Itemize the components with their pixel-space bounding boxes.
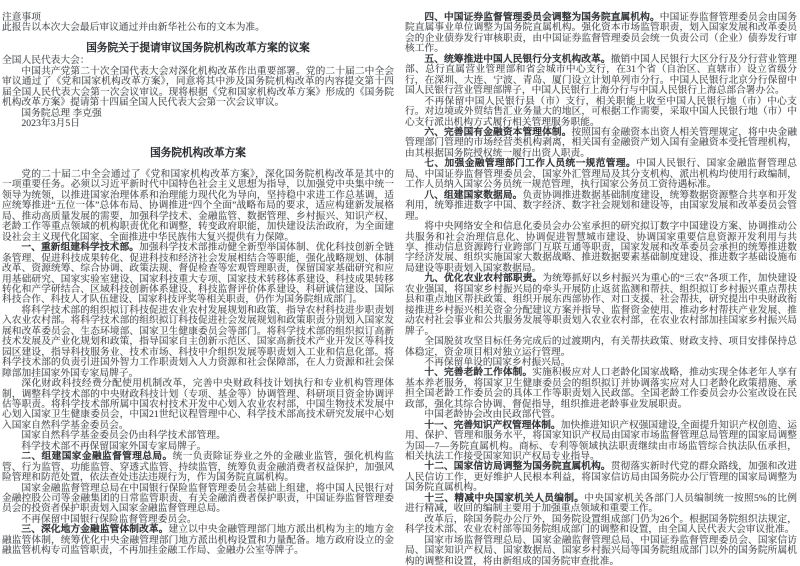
- paragraph: 不再保留中国人民银行县（市）支行，相关职能上收至中国人民银行地（市）中心支行。对…: [405, 97, 797, 128]
- section-paragraph: 十、完善老龄工作体制。实施积极应对人口老龄化国家战略，推动实现全体老年人享有基本…: [405, 368, 797, 410]
- plan-title: 国务院机构改革方案: [2, 149, 394, 159]
- document-page: 注意事项此报告以本次大会最后审议通过并由新华社公布的文本为准。国务院关于提请审议…: [0, 0, 800, 566]
- section-heading: 一、重新组建科学技术部。: [21, 242, 139, 253]
- paragraph: 深化财政科技经费分配使用机制改革，完善中央财政科技计划执行和专业机构管理体制，调…: [2, 379, 394, 431]
- section-paragraph: 一、重新组建科学技术部。加强科学技术部推动健全新型举国体制、优化科技创新全链条管…: [2, 243, 394, 306]
- section-heading: 九、优化农业农村部职责。: [424, 273, 542, 284]
- signature-line: 2023年3月5日: [2, 119, 394, 129]
- right-column: 四、中国证券监督管理委员会调整为国务院直属机构。中国证券监督管理委员会由国务院直…: [405, 13, 797, 566]
- section-heading: 十、完善老龄工作体制。: [424, 367, 532, 378]
- paragraph: 全国脱贫攻坚目标任务完成后的过渡期内，有关帮扶政策、财政支持、项目安排保持总体稳…: [405, 337, 797, 358]
- section-heading: 三、深化地方金融监管体制改革。: [21, 524, 168, 535]
- paragraph: 将中央网络安全和信息化委员会办公室承担的研究拟订数字中国建设方案、协调推动公共服…: [405, 222, 797, 274]
- section-heading: 二、组建国家金融监督管理总局。: [21, 451, 172, 462]
- section-body: 加强科学技术部推动健全新型举国体制、优化科技创新全链条管理、促进科技成果转化、促…: [2, 242, 394, 305]
- paragraph: 将科学技术部的组织拟订科技促进农业农村发展规划和政策、指导农村科技进步职责划入农…: [2, 306, 394, 379]
- section-paragraph: 十三、精减中央国家机关人员编制。中央国家机关各部门人员编制统一按照5%的比例进行…: [405, 494, 797, 515]
- paragraph: 党的二十届二中全会通过了《党和国家机构改革方案》，深化国务院机构改革是其中的一项…: [2, 170, 394, 243]
- section-paragraph: 九、优化农业农村部职责。为统筹抓好以乡村振兴为重心的“三农”各项工作，加快建设农…: [405, 274, 797, 337]
- paragraph: 改革后，除国务院办公厅外，国务院设置组成部门仍为26个。根据国务院组织法规定，科…: [405, 515, 797, 536]
- section-paragraph: 四、中国证券监督管理委员会调整为国务院直属机构。中国证券监督管理委员会由国务院直…: [405, 13, 797, 55]
- section-heading: 十二、国家信访局调整为国务院直属机构。: [424, 461, 610, 472]
- document-title: 国务院关于提请审议国务院机构改革方案的议案: [2, 44, 394, 54]
- section-paragraph: 七、加强金融管理部门工作人员统一规范管理。中国人民银行、国家金融监督管理总局、中…: [405, 159, 797, 190]
- paragraph: 中国共产党第二十次全国代表大会对深化机构改革作出重要部署。党的二十届二中全会审议…: [2, 67, 394, 109]
- section-paragraph: 五、统筹推进中国人民银行分支机构改革。撤销中国人民银行大区分行及分行营业管理部、…: [405, 55, 797, 97]
- section-paragraph: 八、组建国家数据局。负责协调推进数据基础制度建设，统筹数据资源整合共享和开发利用…: [405, 191, 797, 222]
- section-body: 为统筹抓好以乡村振兴为重心的“三农”各项工作，加快建设农业强国，将国家乡村振兴局…: [405, 273, 797, 336]
- section-paragraph: 十二、国家信访局调整为国务院直属机构。贯彻落实新时代党的群众路线，加强和改进人民…: [405, 462, 797, 493]
- paragraph: 国家市场监督管理总局、国家金融监督管理总局、中国证券监督管理委员会、国家信访局、…: [405, 536, 797, 566]
- text-line: 此报告以本次大会最后审议通过并由新华社公布的文本为准。: [2, 23, 394, 33]
- left-column: 注意事项此报告以本次大会最后审议通过并由新华社公布的文本为准。国务院关于提请审议…: [2, 13, 394, 566]
- section-paragraph: 六、完善国有金融资本管理体制。按照国有金融资本出资人相关管理规定，将中央金融管理…: [405, 128, 797, 159]
- section-paragraph: 三、深化地方金融监管体制改革。建立以中央金融管理部门地方派出机构为主的地方金融监…: [2, 525, 394, 556]
- section-heading: 七、加强金融管理部门工作人员统一规范管理。: [424, 158, 636, 169]
- paragraph: 国家金融监督管理总局在中国银行保险监督管理委员会基础上组建，将中国人民银行对金融…: [2, 484, 394, 515]
- section-paragraph: 十一、完善知识产权管理体制。加快推进知识产权强国建设,全面提升知识产权创造、运用…: [405, 421, 797, 463]
- section-paragraph: 二、组建国家金融监督管理总局。统一负责除证券业之外的金融业监管，强化机构监管、行…: [2, 452, 394, 483]
